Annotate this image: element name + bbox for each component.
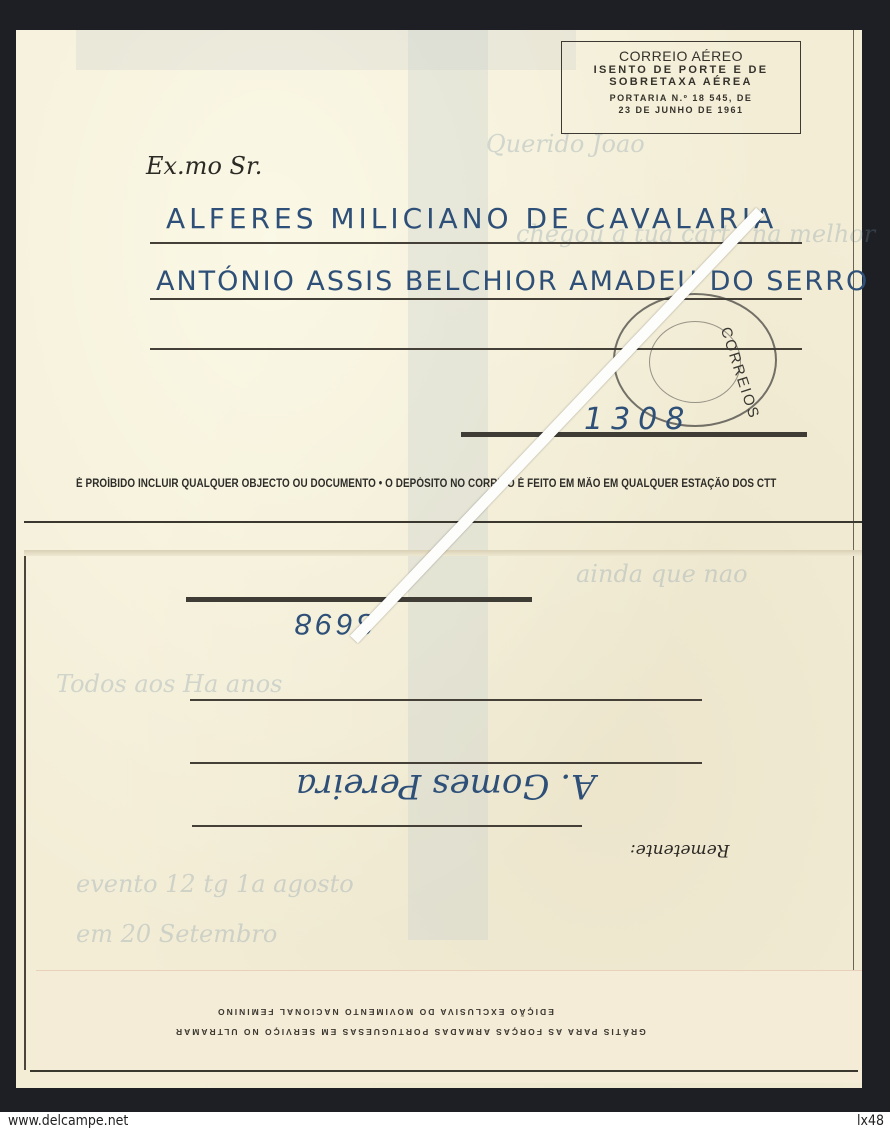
postal-code-rule — [461, 432, 807, 437]
bleed-through-writing: em 20 Setembro — [76, 920, 277, 948]
indicia-line: ISENTO DE PORTE E DE — [562, 64, 800, 76]
watermark-footer: www.delcampe.net lx48 — [0, 1112, 890, 1132]
indicia-line: SOBRETAXA AÉREA — [562, 76, 800, 88]
aerogramme-sheet: Querido Joao chegou a tua carta na melho… — [16, 30, 862, 1088]
bleed-through-writing: Todos aos Ha anos — [56, 670, 282, 698]
salutation: Ex.mo Sr. — [146, 152, 262, 180]
sender-label: Remetente: — [630, 840, 730, 860]
sender-rule — [186, 597, 532, 602]
bleed-through-writing: Querido Joao — [486, 130, 645, 158]
indicia-title: CORREIO AÉREO — [562, 48, 800, 64]
seller-id: lx48 — [857, 1113, 884, 1129]
paper-stain — [76, 30, 576, 70]
frame-border — [24, 550, 26, 1070]
indicia-line: 23 DE JUNHO DE 1961 — [562, 104, 800, 116]
bottom-flap: GRÁTIS PARA AS FORÇAS ARMADAS PORTUGUESA… — [36, 970, 862, 1083]
flap-text-edition: EDIÇÃO EXCLUSIVA DO MOVIMENTO NACIONAL F… — [216, 1007, 554, 1017]
sender-rule — [190, 699, 702, 701]
bleed-through-writing: evento 12 tg 1a agosto — [76, 870, 354, 898]
indicia-line: PORTARIA N.º 18 545, DE — [562, 92, 800, 104]
address-line-2: ANTÓNIO ASSIS BELCHIOR AMADEU DO SERRO — [156, 266, 869, 297]
sender-rule — [190, 762, 702, 764]
bleed-through-writing: ainda que nao — [576, 560, 748, 588]
bottom-edge — [30, 1070, 858, 1072]
sender-rule — [192, 825, 582, 827]
address-line-1: ALFERES MILICIANO DE CAVALARIA — [166, 202, 777, 235]
sender-signature: A. Gomes Pereira — [296, 766, 596, 806]
postage-indicia: CORREIO AÉREO ISENTO DE PORTE E DE SOBRE… — [561, 41, 801, 134]
flap-text-free-forces: GRÁTIS PARA AS FORÇAS ARMADAS PORTUGUESA… — [174, 1027, 646, 1037]
site-watermark: www.delcampe.net — [8, 1113, 128, 1129]
prohibition-notice: É PROÍBIDO INCLUIR QUALQUER OBJECTO OU D… — [76, 478, 712, 490]
fold-line — [24, 521, 862, 523]
address-rule — [150, 242, 802, 244]
